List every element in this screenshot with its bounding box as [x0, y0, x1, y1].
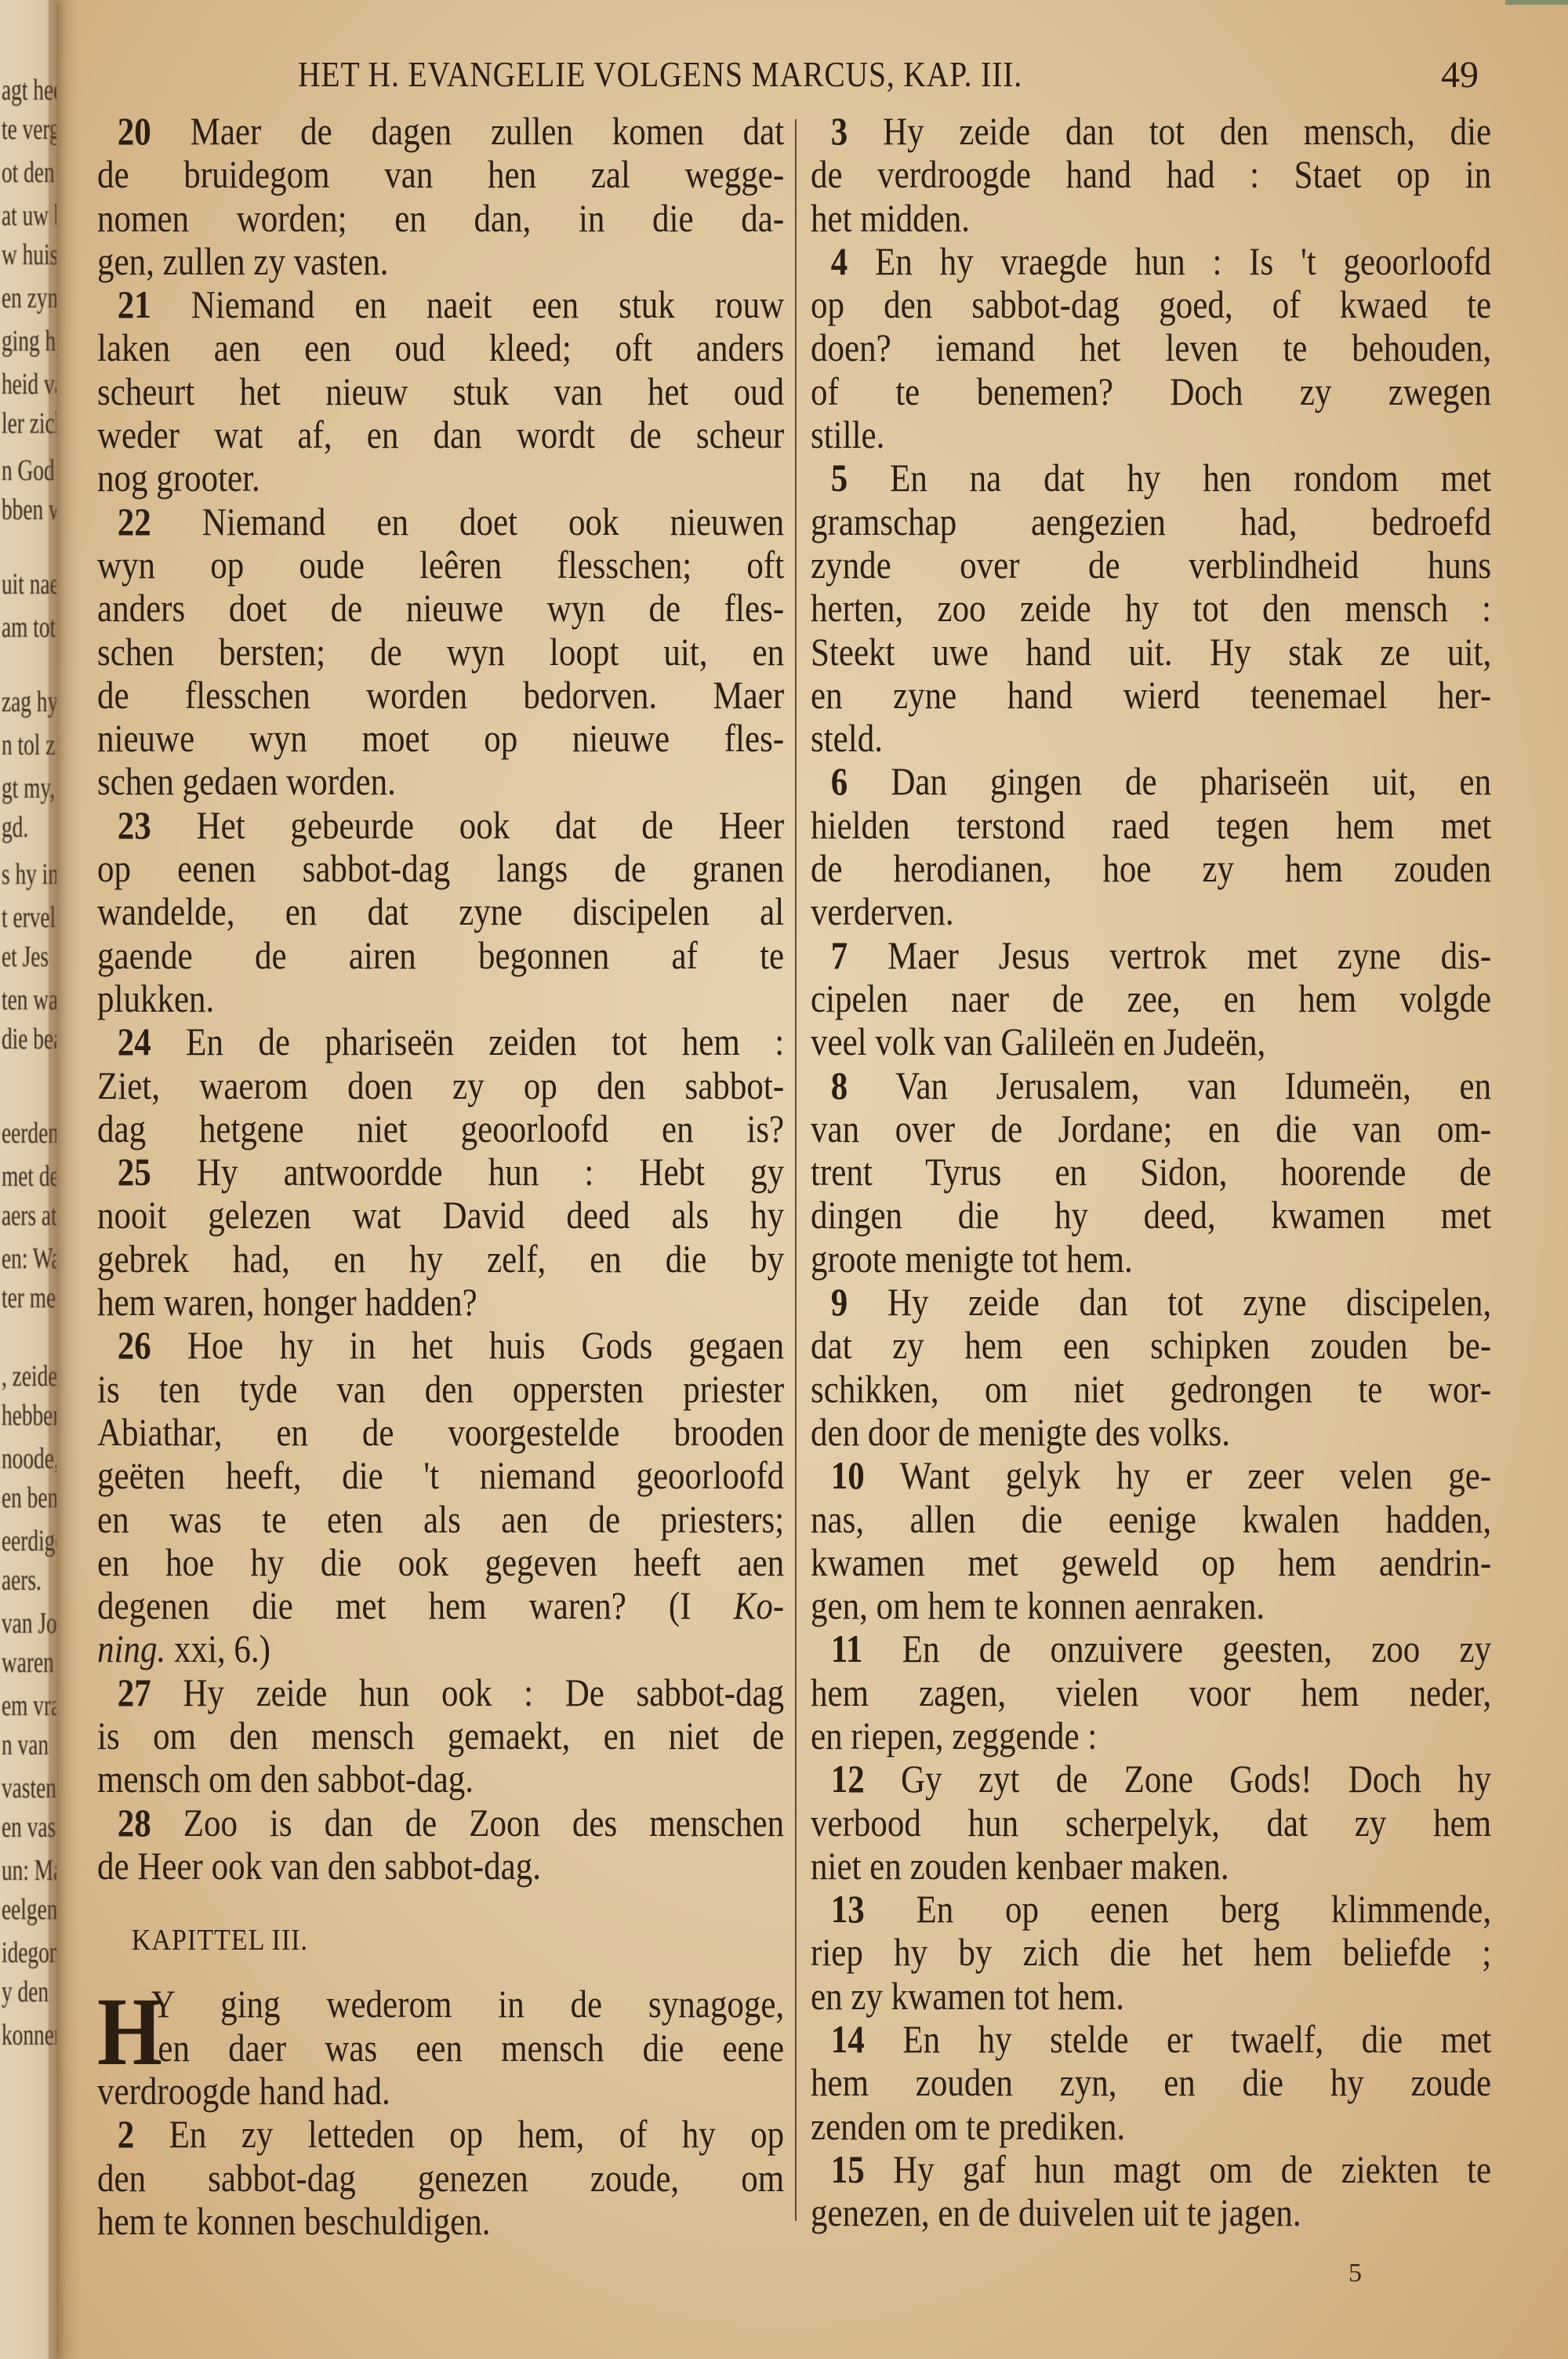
- text-line: zynde over de verblindheid huns: [811, 543, 1491, 587]
- verse-line-start: 21 Niemand en naeit een stuk rouw: [97, 283, 784, 326]
- text-line: gen, om hem te konnen aenraken.: [811, 1584, 1491, 1627]
- verse-line-start: 23 Het gebeurde ook dat de Heer: [97, 804, 784, 847]
- verse-line-start: 26 Hoe hy in het huis Gods gegaen: [97, 1324, 784, 1367]
- verse-line-start: 15 Hy gaf hun magt om de ziekten te: [811, 2148, 1491, 2191]
- page-number: 49: [1441, 53, 1479, 96]
- text-line: veel volk van Galileën en Judeën,: [811, 1020, 1491, 1063]
- chapter-opening: H Y ging wederom in de synagoge, en daer…: [97, 1983, 784, 2070]
- verse-number: 23: [118, 803, 151, 847]
- text-line: gebrek had, en hy zelf, en die by: [97, 1238, 784, 1281]
- text-line: de herodianen, hoe zy hem zouden: [811, 847, 1491, 890]
- right-column-verses: 3 Hy zeide dan tot den mensch, diede ver…: [811, 110, 1491, 2235]
- text-line: cipelen naer de zee, en hem volgde: [811, 977, 1491, 1020]
- citation-italic: Ko-: [734, 1583, 785, 1627]
- text-line: den door de menigte des volks.: [811, 1411, 1491, 1454]
- verse-line-start: 6 Dan gingen de phariseën uit, en: [811, 760, 1491, 803]
- verse-line-start: 14 En hy stelde er twaelf, die met: [811, 2018, 1491, 2061]
- printer-signature-mark: 5: [1348, 2259, 1362, 2288]
- verse-line-start: 11 En de onzuivere geesten, zoo zy: [811, 1627, 1491, 1670]
- text-line: en zy kwamen tot hem.: [811, 1975, 1491, 2018]
- text-line: nog grooter.: [97, 456, 784, 500]
- text-line: Steekt uwe hand uit. Hy stak ze uit,: [811, 631, 1491, 674]
- verse-number: 13: [831, 1887, 865, 1931]
- chapter-opening-line-1: Y ging wederom in de synagoge,: [97, 1983, 784, 2026]
- text-line: ning. xxi, 6.): [97, 1627, 784, 1670]
- verse-line-start: 9 Hy zeide dan tot zyne discipelen,: [811, 1281, 1491, 1324]
- facing-page-text: ter me: [2, 1282, 56, 1314]
- text-line: gaende de airen begonnen af te: [97, 934, 784, 977]
- text-line: de flesschen worden bedorven. Maer: [97, 674, 784, 717]
- text-line: en zyne hand wierd teenemael her-: [811, 674, 1491, 717]
- facing-page-text: gd.: [2, 812, 28, 843]
- text-line: trent Tyrus en Sidon, hoorende de: [811, 1150, 1491, 1194]
- text-line: of te benemen? Doch zy zwegen: [811, 370, 1491, 413]
- verse-number: 28: [118, 1801, 151, 1845]
- verse-number: 12: [831, 1757, 865, 1801]
- text-line: gen, zullen zy vasten.: [97, 240, 784, 283]
- text-line: anders doet de nieuwe wyn de fles-: [97, 587, 784, 630]
- text-line: groote menigte tot hem.: [811, 1238, 1491, 1281]
- citation-italic: ning.: [97, 1627, 165, 1670]
- verse-line-start: 13 En op eenen berg klimmende,: [811, 1888, 1491, 1931]
- text-line: en riepen, zeggende :: [811, 1714, 1491, 1757]
- text-line: is om den mensch gemaekt, en niet de: [97, 1714, 784, 1757]
- verse-number: 25: [118, 1150, 151, 1194]
- text-line: dag hetgene niet geoorloofd en is?: [97, 1107, 784, 1150]
- text-line: kwamen met geweld op hem aendrin-: [811, 1541, 1491, 1584]
- text-line: Abiathar, en de voorgestelde brooden: [97, 1411, 784, 1454]
- verse-number: 15: [831, 2147, 865, 2191]
- left-text-column: 20 Maer de dagen zullen komen datde brui…: [97, 110, 784, 2243]
- facing-page-text: en vas: [2, 1812, 56, 1843]
- facing-page-text: et Jes: [2, 941, 49, 972]
- gutter-shadow: [49, 0, 80, 2359]
- facing-page-text: y den: [2, 1976, 49, 2008]
- verse-number: 11: [831, 1627, 863, 1670]
- verse-number: 27: [118, 1670, 151, 1714]
- text-line: hem waren, honger hadden?: [97, 1281, 784, 1324]
- verse-number: 10: [831, 1453, 865, 1497]
- column-divider: [795, 119, 797, 2221]
- book-edge-ribbon: [1505, 0, 1568, 5]
- verse-line-start: 20 Maer de dagen zullen komen dat: [97, 110, 784, 153]
- text-line: hem te konnen beschuldigen.: [97, 2200, 784, 2243]
- text-line: is ten tyde van den oppersten priester: [97, 1368, 784, 1411]
- verse-number: 22: [118, 500, 151, 543]
- verse-number: 24: [118, 1020, 151, 1063]
- text-line: nas, allen die eenige kwalen hadden,: [811, 1498, 1491, 1541]
- text-line: mensch om den sabbot-dag.: [97, 1757, 784, 1801]
- left-column-verses: 20 Maer de dagen zullen komen datde brui…: [97, 110, 784, 1888]
- text-line: de verdroogde hand had : Staet op in: [811, 153, 1491, 196]
- text-line: wandelde, en dat zyne discipelen al: [97, 890, 784, 933]
- verse-number: 2: [118, 2112, 135, 2156]
- text-line: geëten heeft, die 't niemand geoorloofd: [97, 1454, 784, 1497]
- chapter-opening-line-2: en daer was een mensch die eene: [97, 2026, 784, 2070]
- verse-line-start: 28 Zoo is dan de Zoon des menschen: [97, 1801, 784, 1845]
- text-line: degenen die met hem waren? (I Ko-: [97, 1584, 784, 1627]
- verse-number: 7: [831, 933, 848, 977]
- verse-line-start: 25 Hy antwoordde hun : Hebt gy: [97, 1150, 784, 1194]
- verse-line-start: 22 Niemand en doet ook nieuwen: [97, 500, 784, 543]
- verse-line-start: 10 Want gelyk hy er zeer velen ge-: [811, 1454, 1491, 1497]
- text-line: zenden om te prediken.: [811, 2105, 1491, 2148]
- text-line: stille.: [811, 413, 1491, 456]
- verse-number: 9: [831, 1280, 848, 1324]
- text-line: genezen, en de duivelen uit te jagen.: [811, 2191, 1491, 2234]
- text-line: wyn op oude leêren flesschen; oft: [97, 543, 784, 587]
- text-line: hem zagen, vielen voor hem neder,: [811, 1671, 1491, 1714]
- facing-page-text: t ervel: [2, 902, 56, 933]
- verse-number: 21: [118, 282, 151, 326]
- text-line: verdroogde hand had.: [97, 2070, 784, 2113]
- right-text-column: 3 Hy zeide dan tot den mensch, diede ver…: [811, 110, 1491, 2235]
- verse-line-start: 27 Hy zeide hun ook : De sabbot-dag: [97, 1671, 784, 1714]
- text-line: en hoe hy die ook gegeven heeft aen: [97, 1541, 784, 1584]
- text-line: schen bersten; de wyn loopt uit, en: [97, 631, 784, 674]
- left-column-after-chapter-verses: verdroogde hand had.2 En zy letteden op …: [97, 2070, 784, 2243]
- verse-number: 6: [831, 759, 848, 803]
- facing-page-text: gt my,: [2, 772, 55, 804]
- text-line: verderven.: [811, 890, 1491, 933]
- verse-line-start: 24 En de phariseën zeiden tot hem :: [97, 1020, 784, 1063]
- verse-number: 26: [118, 1323, 151, 1367]
- verse-line-start: 7 Maer Jesus vertrok met zyne dis-: [811, 934, 1491, 977]
- text-line: niet en zouden kenbaer maken.: [811, 1845, 1491, 1888]
- text-line: herten, zoo zeide hy tot den mensch :: [811, 587, 1491, 630]
- text-line: steld.: [811, 717, 1491, 760]
- text-line: en was te eten als aen de priesters;: [97, 1498, 784, 1541]
- verse-number: 14: [831, 2017, 865, 2061]
- verse-line-start: 8 Van Jerusalem, van Idumeën, en: [811, 1064, 1491, 1107]
- facing-page-text: aers.: [2, 1565, 42, 1596]
- verse-number: 4: [831, 239, 848, 283]
- chapter-heading: KAPITTEL III.: [132, 1919, 750, 1962]
- text-line: scheurt het nieuw stuk van het oud: [97, 370, 784, 413]
- text-line: den sabbot-dag genezen zoude, om: [97, 2157, 784, 2200]
- text-line: dingen die hy deed, kwamen met: [811, 1194, 1491, 1237]
- text-line: plukken.: [97, 977, 784, 1020]
- text-line: schikken, om niet gedrongen te wor-: [811, 1368, 1491, 1411]
- text-line: laken aen een oud kleed; oft anders: [97, 326, 784, 369]
- text-line: nooit gelezen wat David deed als hy: [97, 1194, 784, 1237]
- text-line: dat zy hem een schipken zouden be-: [811, 1324, 1491, 1367]
- text-line: riep hy by zich die het hem beliefde ;: [811, 1931, 1491, 1974]
- text-line: schen gedaen worden.: [97, 760, 784, 803]
- verse-number: 5: [831, 456, 848, 500]
- facing-page-text: waren: [2, 1647, 54, 1678]
- text-line: weder wat af, en dan wordt de scheur: [97, 413, 784, 456]
- text-line: op eenen sabbot-dag langs de granen: [97, 847, 784, 890]
- text-line: verbood hun scherpelyk, dat zy hem: [811, 1801, 1491, 1845]
- verse-number: 8: [831, 1063, 848, 1107]
- text-line: hielden terstond raed tegen hem met: [811, 804, 1491, 847]
- text-line: hem zouden zyn, en die hy zoude: [811, 2061, 1491, 2104]
- text-line: Ziet, waerom doen zy op den sabbot-: [97, 1064, 784, 1107]
- verse-number: 20: [118, 109, 151, 153]
- verse-line-start: 3 Hy zeide dan tot den mensch, die: [811, 110, 1491, 153]
- text-line: gramschap aengezien had, bedroefd: [811, 500, 1491, 543]
- text-line: nieuwe wyn moet op nieuwe fles-: [97, 717, 784, 760]
- text-line: de Heer ook van den sabbot-dag.: [97, 1845, 784, 1888]
- text-line: doen? iemand het leven te behouden,: [811, 326, 1491, 369]
- verse-line-start: 4 En hy vraegde hun : Is 't geoorloofd: [811, 240, 1491, 283]
- text-line: nomen worden; en dan, in die da-: [97, 197, 784, 240]
- text-line: op den sabbot-dag goed, of kwaed te: [811, 283, 1491, 326]
- text-line: van over de Jordane; en die van om-: [811, 1107, 1491, 1150]
- verse-line-start: 5 En na dat hy hen rondom met: [811, 456, 1491, 500]
- text-line: de bruidegom van hen zal wegge-: [97, 153, 784, 196]
- verse-line-start: 2 En zy letteden op hem, of hy op: [97, 2113, 784, 2156]
- running-header-title: HET H. EVANGELIE VOLGENS MARCUS, KAP. II…: [298, 53, 1022, 95]
- facing-page-text: n van: [2, 1729, 49, 1761]
- verse-line-start: 12 Gy zyt de Zone Gods! Doch hy: [811, 1757, 1491, 1801]
- text-line: het midden.: [811, 197, 1491, 240]
- verse-number: 3: [831, 109, 848, 153]
